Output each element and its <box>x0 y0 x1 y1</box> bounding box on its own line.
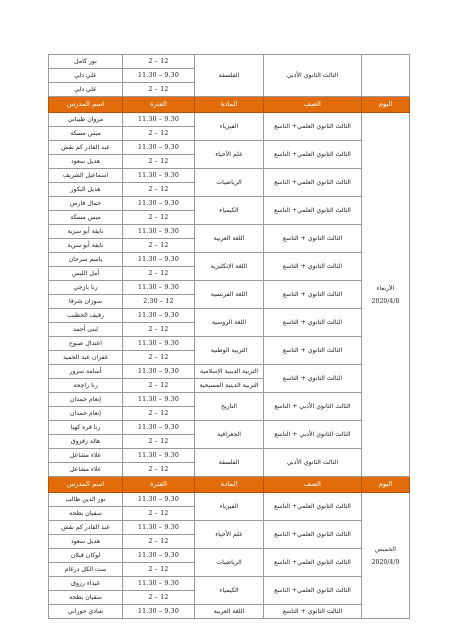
period-cell: 9.30 – 11.30 <box>123 281 195 295</box>
subject-cell: التاريخ <box>195 393 264 421</box>
subject-cell: الكيمياء <box>195 577 264 605</box>
period-cell: 9.30 – 11.30 <box>123 69 195 83</box>
class-cell: الثالث الثانوي العلمي+ التاسع <box>264 493 362 521</box>
table-row: الثالث الثانوي + التاسعاللغة الإنكليزية9… <box>49 253 410 267</box>
table-row: الثالث الثانوي الأدبي + التاسعالجغرافية9… <box>49 421 410 435</box>
period-cell: 12 – 2.30 <box>123 295 195 309</box>
class-cell: الثالث الثانوي + التاسع <box>264 281 362 309</box>
teacher-cell: علي دلي <box>49 83 123 97</box>
class-cell: الثالث الثانوي + التاسع <box>264 365 362 393</box>
subject-cell: التربية الوطنية <box>195 337 264 365</box>
teacher-cell: إنعام حمدان <box>49 393 123 407</box>
day-cell: الخميس2020/4/9 <box>362 493 410 619</box>
table-row: الثالث الثانوي الأدبيالفلسفة12 – 2نور كا… <box>49 55 410 69</box>
period-cell: 9.30 – 11.30 <box>123 549 195 563</box>
header-day: اليوم <box>362 97 410 113</box>
table-row: الثالث الثانوي العلمي+ التاسعالرياضيات9.… <box>49 549 410 563</box>
subject-cell: اللغة العربية <box>195 225 264 253</box>
table-row: الثالث الثانوي الأدبيالفلسفة9.30 – 11.30… <box>49 449 410 463</box>
subject-cell: الفلسفة <box>195 449 264 477</box>
period-cell: 9.30 – 11.30 <box>123 253 195 267</box>
subject-cell: اللغة الفرنسية <box>195 281 264 309</box>
teacher-cell: عبد القادر كم نقش <box>49 521 123 535</box>
header-teacher: اسم المدرس <box>49 477 123 493</box>
period-cell: 12 – 2 <box>123 507 195 521</box>
class-cell: الثالث الثانوي الأدبي + التاسع <box>264 421 362 449</box>
day-cell: الأربعاء2020/4/8 <box>362 113 410 477</box>
period-cell: 12 – 2 <box>123 183 195 197</box>
subject-cell: التربية الدينية الإسلامية <box>195 365 264 379</box>
teacher-cell: نور كامل <box>49 55 123 69</box>
teacher-cell: اسماعيل الشريف <box>49 169 123 183</box>
teacher-cell: علاء مشاعل <box>49 463 123 477</box>
day-date: 2020/4/9 <box>362 556 409 569</box>
teacher-cell: عبد القادر كم نقش <box>49 141 123 155</box>
table-row: الثالث الثانوي العلمي+ التاسعالكيمياء9.3… <box>49 197 410 211</box>
period-cell: 9.30 – 11.30 <box>123 421 195 435</box>
teacher-cell: ميس مسكة <box>49 127 123 141</box>
teacher-cell: اعتدال صبوح <box>49 337 123 351</box>
teacher-cell: أسامة سرور <box>49 365 123 379</box>
table-row: الأربعاء2020/4/8الثالث الثانوي العلمي+ ا… <box>49 113 410 127</box>
period-cell: 9.30 – 11.30 <box>123 169 195 183</box>
period-cell: 9.30 – 11.30 <box>123 577 195 591</box>
teacher-cell: لوكان قبلان <box>49 549 123 563</box>
subject-cell: الكيمياء <box>195 197 264 225</box>
class-cell: الثالث الثانوي العلمي+ التاسع <box>264 521 362 549</box>
period-cell: 12 – 2 <box>123 211 195 225</box>
teacher-cell: سفيان بطحة <box>49 507 123 521</box>
class-cell: الثالث الثانوي الأدبي <box>264 55 362 97</box>
period-cell: 9.30 – 11.30 <box>123 113 195 127</box>
subject-cell: الفلسفة <box>195 55 264 97</box>
table-row: الثالث الثانوي العلمي+ التاسععلم الأحياء… <box>49 521 410 535</box>
subject-cell: علم الأحياء <box>195 521 264 549</box>
header-period: الفترة <box>123 97 195 113</box>
table-row: الثالث الثانوي العلمي+ التاسععلم الأحياء… <box>49 141 410 155</box>
table-row: الثالث الثانوي + التاسعاللغة العربية9.30… <box>49 225 410 239</box>
teacher-cell: علي دلي <box>49 69 123 83</box>
period-cell: 9.30 – 11.30 <box>123 493 195 507</box>
teacher-cell: سوزان شرفا <box>49 295 123 309</box>
table-row: الثالث الثانوي + التاسعاللغة الروسية9.30… <box>49 309 410 323</box>
period-cell: 12 – 2 <box>123 83 195 97</box>
day-name: الأربعاء <box>362 282 409 295</box>
day-cell <box>362 55 410 97</box>
subject-cell: الفيزياء <box>195 493 264 521</box>
teacher-cell: لبنى أحمد <box>49 323 123 337</box>
teacher-cell: ست الكل درغام <box>49 563 123 577</box>
period-cell: 12 – 2 <box>123 127 195 141</box>
exam-schedule-table: الثالث الثانوي الأدبيالفلسفة12 – 2نور كا… <box>48 54 410 619</box>
period-cell: 12 – 2 <box>123 323 195 337</box>
subject-cell: اللغة الروسية <box>195 309 264 337</box>
teacher-cell: إنعام حمدان <box>49 407 123 421</box>
period-cell: 9.30 – 11.30 <box>123 197 195 211</box>
table-row: الثالث الثانوي الأدبي + التاسعالتاريخ9.3… <box>49 393 410 407</box>
class-cell: الثالث الثانوي + التاسع <box>264 253 362 281</box>
class-cell: الثالث الثانوي العلمي+ التاسع <box>264 141 362 169</box>
header-row: اليومالصفالمادةالفترةاسم المدرس <box>49 97 410 113</box>
class-cell: الثالث الثانوي العلمي+ التاسع <box>264 549 362 577</box>
period-cell: 12 – 2 <box>123 379 195 393</box>
teacher-cell: رقيف الخطيب <box>49 309 123 323</box>
period-cell: 12 – 2 <box>123 239 195 253</box>
period-cell: 9.30 – 11.30 <box>123 337 195 351</box>
header-row: اليومالصفالمادةالفترةاسم المدرس <box>49 477 410 493</box>
class-cell: الثالث الثانوي العلمي+ التاسع <box>264 113 362 141</box>
teacher-cell: نور الدين طالب <box>49 493 123 507</box>
header-class: الصف <box>264 97 362 113</box>
table-row: الثالث الثانوي + التاسعالتربية الوطنية9.… <box>49 337 410 351</box>
table-row: الثالث الثانوي العلمي+ التاسعالكيمياء9.3… <box>49 577 410 591</box>
period-cell: 9.30 – 11.30 <box>123 605 195 619</box>
day-date: 2020/4/8 <box>362 295 409 308</box>
header-teacher: اسم المدرس <box>49 97 123 113</box>
teacher-cell: سفيان بطحة <box>49 591 123 605</box>
teacher-cell: هديل البكور <box>49 183 123 197</box>
table-row: الخميس2020/4/9الثالث الثانوي العلمي+ الت… <box>49 493 410 507</box>
period-cell: 9.30 – 11.30 <box>123 365 195 379</box>
teacher-cell: نايفة أبو سرية <box>49 239 123 253</box>
subject-cell: الرياضيات <box>195 549 264 577</box>
period-cell: 12 – 2 <box>123 55 195 69</box>
period-cell: 12 – 2 <box>123 267 195 281</box>
teacher-cell: مروان طيباني <box>49 113 123 127</box>
teacher-cell: رنا بازجي <box>49 281 123 295</box>
header-class: الصف <box>264 477 362 493</box>
teacher-cell: رنا قره كهيا <box>49 421 123 435</box>
day-name: الخميس <box>362 543 409 556</box>
teacher-cell: أمل الليس <box>49 267 123 281</box>
teacher-cell: ميس مسكة <box>49 211 123 225</box>
subject-cell: التربية الدينية المسيحية <box>195 379 264 393</box>
class-cell: الثالث الثانوي + التاسع <box>264 309 362 337</box>
subject-cell: اللغة الإنكليزية <box>195 253 264 281</box>
period-cell: 9.30 – 11.30 <box>123 449 195 463</box>
subject-cell: الجغرافية <box>195 421 264 449</box>
teacher-cell: هديل سعود <box>49 155 123 169</box>
subject-cell: علم الأحياء <box>195 141 264 169</box>
teacher-cell: هالة زقزوق <box>49 435 123 449</box>
period-cell: 9.30 – 11.30 <box>123 393 195 407</box>
table-row: الثالث الثانوي + التاسعاللغة العربية9.30… <box>49 605 410 619</box>
class-cell: الثالث الثانوي + التاسع <box>264 337 362 365</box>
class-cell: الثالث الثانوي العلمي+ التاسع <box>264 577 362 605</box>
period-cell: 12 – 2 <box>123 351 195 365</box>
class-cell: الثالث الثانوي العلمي+ التاسع <box>264 197 362 225</box>
period-cell: 12 – 2 <box>123 563 195 577</box>
class-cell: الثالث الثانوي الأدبي <box>264 449 362 477</box>
period-cell: 9.30 – 11.30 <box>123 141 195 155</box>
header-period: الفترة <box>123 477 195 493</box>
subject-cell: الفيزياء <box>195 113 264 141</box>
table-row: الثالث الثانوي + التاسعاللغة الفرنسية9.3… <box>49 281 410 295</box>
teacher-cell: غيداء رزوق <box>49 577 123 591</box>
header-day: اليوم <box>362 477 410 493</box>
teacher-cell: نايفة أبو سرية <box>49 225 123 239</box>
teacher-cell: غفران عبد الحميد <box>49 351 123 365</box>
period-cell: 12 – 2 <box>123 463 195 477</box>
period-cell: 12 – 2 <box>123 407 195 421</box>
subject-cell: الرياضيات <box>195 169 264 197</box>
teacher-cell: علاء مشاعل <box>49 449 123 463</box>
teacher-cell: ياسم سرجان <box>49 253 123 267</box>
period-cell: 12 – 2 <box>123 591 195 605</box>
class-cell: الثالث الثانوي العلمي+ التاسع <box>264 169 362 197</box>
period-cell: 9.30 – 11.30 <box>123 309 195 323</box>
period-cell: 12 – 2 <box>123 535 195 549</box>
period-cell: 9.30 – 11.30 <box>123 225 195 239</box>
teacher-cell: رنا راجحة <box>49 379 123 393</box>
period-cell: 12 – 2 <box>123 435 195 449</box>
table-row: الثالث الثانوي العلمي+ التاسعالرياضيات9.… <box>49 169 410 183</box>
teacher-cell: شادي حوراني <box>49 605 123 619</box>
period-cell: 12 – 2 <box>123 155 195 169</box>
header-subject: المادة <box>195 477 264 493</box>
table-row: الثالث الثانوي + التاسعالتربية الدينية ا… <box>49 365 410 379</box>
class-cell: الثالث الثانوي + التاسع <box>264 225 362 253</box>
class-cell: الثالث الثانوي + التاسع <box>264 605 362 619</box>
period-cell: 9.30 – 11.30 <box>123 521 195 535</box>
teacher-cell: هديل سعود <box>49 535 123 549</box>
header-subject: المادة <box>195 97 264 113</box>
teacher-cell: جمال فارس <box>49 197 123 211</box>
class-cell: الثالث الثانوي الأدبي + التاسع <box>264 393 362 421</box>
subject-cell: اللغة العربية <box>195 605 264 619</box>
